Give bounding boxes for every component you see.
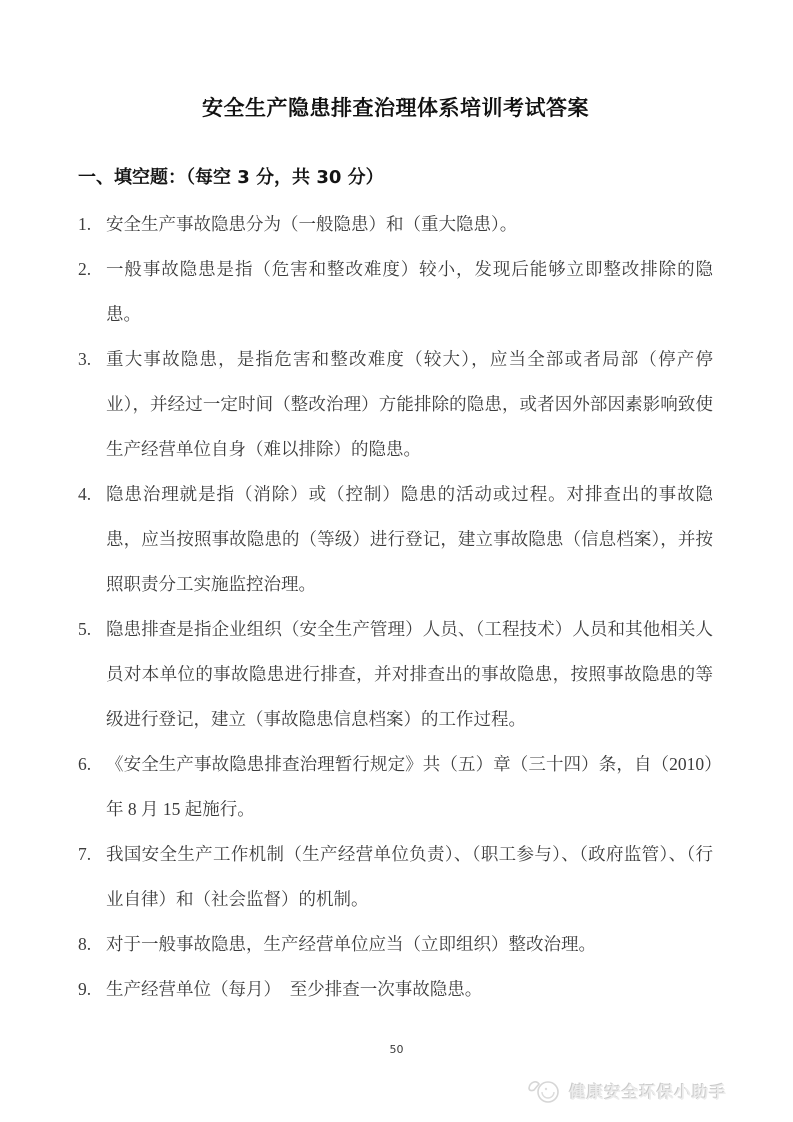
list-item: 3. 重大事故隐患，是指危害和整改难度（较大），应当全部或者局部（停产停业），并… [78,337,713,472]
section-heading: 一、填空题：（每空 3 分，共 30 分） [78,164,713,192]
document-content: 安全生产隐患排查治理体系培训考试答案 一、填空题：（每空 3 分，共 30 分）… [0,0,793,1012]
page-number: 50 [0,1043,793,1056]
document-page: 安全生产隐患排查治理体系培训考试答案 一、填空题：（每空 3 分，共 30 分）… [0,0,793,1122]
item-text: 生产经营单位（每月） 至少排查一次事故隐患。 [106,967,713,1012]
item-number: 8. [78,922,106,967]
list-item: 8. 对于一般事故隐患，生产经营单位应当（立即组织）整改治理。 [78,922,713,967]
item-text: 我国安全生产工作机制（生产经营单位负责）、（职工参与）、（政府监管）、（行业自律… [106,832,713,922]
list-item: 6. 《安全生产事故隐患排查治理暂行规定》共（五）章（三十四）条，自（2010）… [78,742,713,832]
item-text: 隐患排查是指企业组织（安全生产管理）人员、（工程技术）人员和其他相关人员对本单位… [106,607,713,742]
item-number: 2. [78,247,106,292]
item-number: 1. [78,202,106,247]
item-number: 4. [78,472,106,517]
answer-list: 1. 安全生产事故隐患分为（一般隐患）和（重大隐患）。 2. 一般事故隐患是指（… [78,202,713,1012]
item-text: 一般事故隐患是指（危害和整改难度）较小，发现后能够立即整改排除的隐患。 [106,247,713,337]
item-number: 9. [78,967,106,1012]
list-item: 2. 一般事故隐患是指（危害和整改难度）较小，发现后能够立即整改排除的隐患。 [78,247,713,337]
list-item: 7. 我国安全生产工作机制（生产经营单位负责）、（职工参与）、（政府监管）、（行… [78,832,713,922]
list-item: 5. 隐患排查是指企业组织（安全生产管理）人员、（工程技术）人员和其他相关人员对… [78,607,713,742]
page-title: 安全生产隐患排查治理体系培训考试答案 [78,0,713,124]
item-number: 5. [78,607,106,652]
item-text: 《安全生产事故隐患排查治理暂行规定》共（五）章（三十四）条，自（2010）年 8… [106,742,713,832]
watermark-label: 健康安全环保小助手 [570,1079,728,1103]
item-text: 重大事故隐患，是指危害和整改难度（较大），应当全部或者局部（停产停业），并经过一… [106,337,713,472]
item-text: 对于一般事故隐患，生产经营单位应当（立即组织）整改治理。 [106,922,713,967]
item-number: 7. [78,832,106,877]
item-text: 安全生产事故隐患分为（一般隐患）和（重大隐患）。 [106,202,713,247]
item-number: 3. [78,337,106,382]
swan-logo-icon [526,1076,562,1106]
list-item: 4. 隐患治理就是指（消除）或（控制）隐患的活动或过程。对排查出的事故隐患，应当… [78,472,713,607]
item-number: 6. [78,742,106,787]
watermark: 健康安全环保小助手 [526,1076,728,1106]
list-item: 1. 安全生产事故隐患分为（一般隐患）和（重大隐患）。 [78,202,713,247]
item-text: 隐患治理就是指（消除）或（控制）隐患的活动或过程。对排查出的事故隐患，应当按照事… [106,472,713,607]
list-item: 9. 生产经营单位（每月） 至少排查一次事故隐患。 [78,967,713,1012]
